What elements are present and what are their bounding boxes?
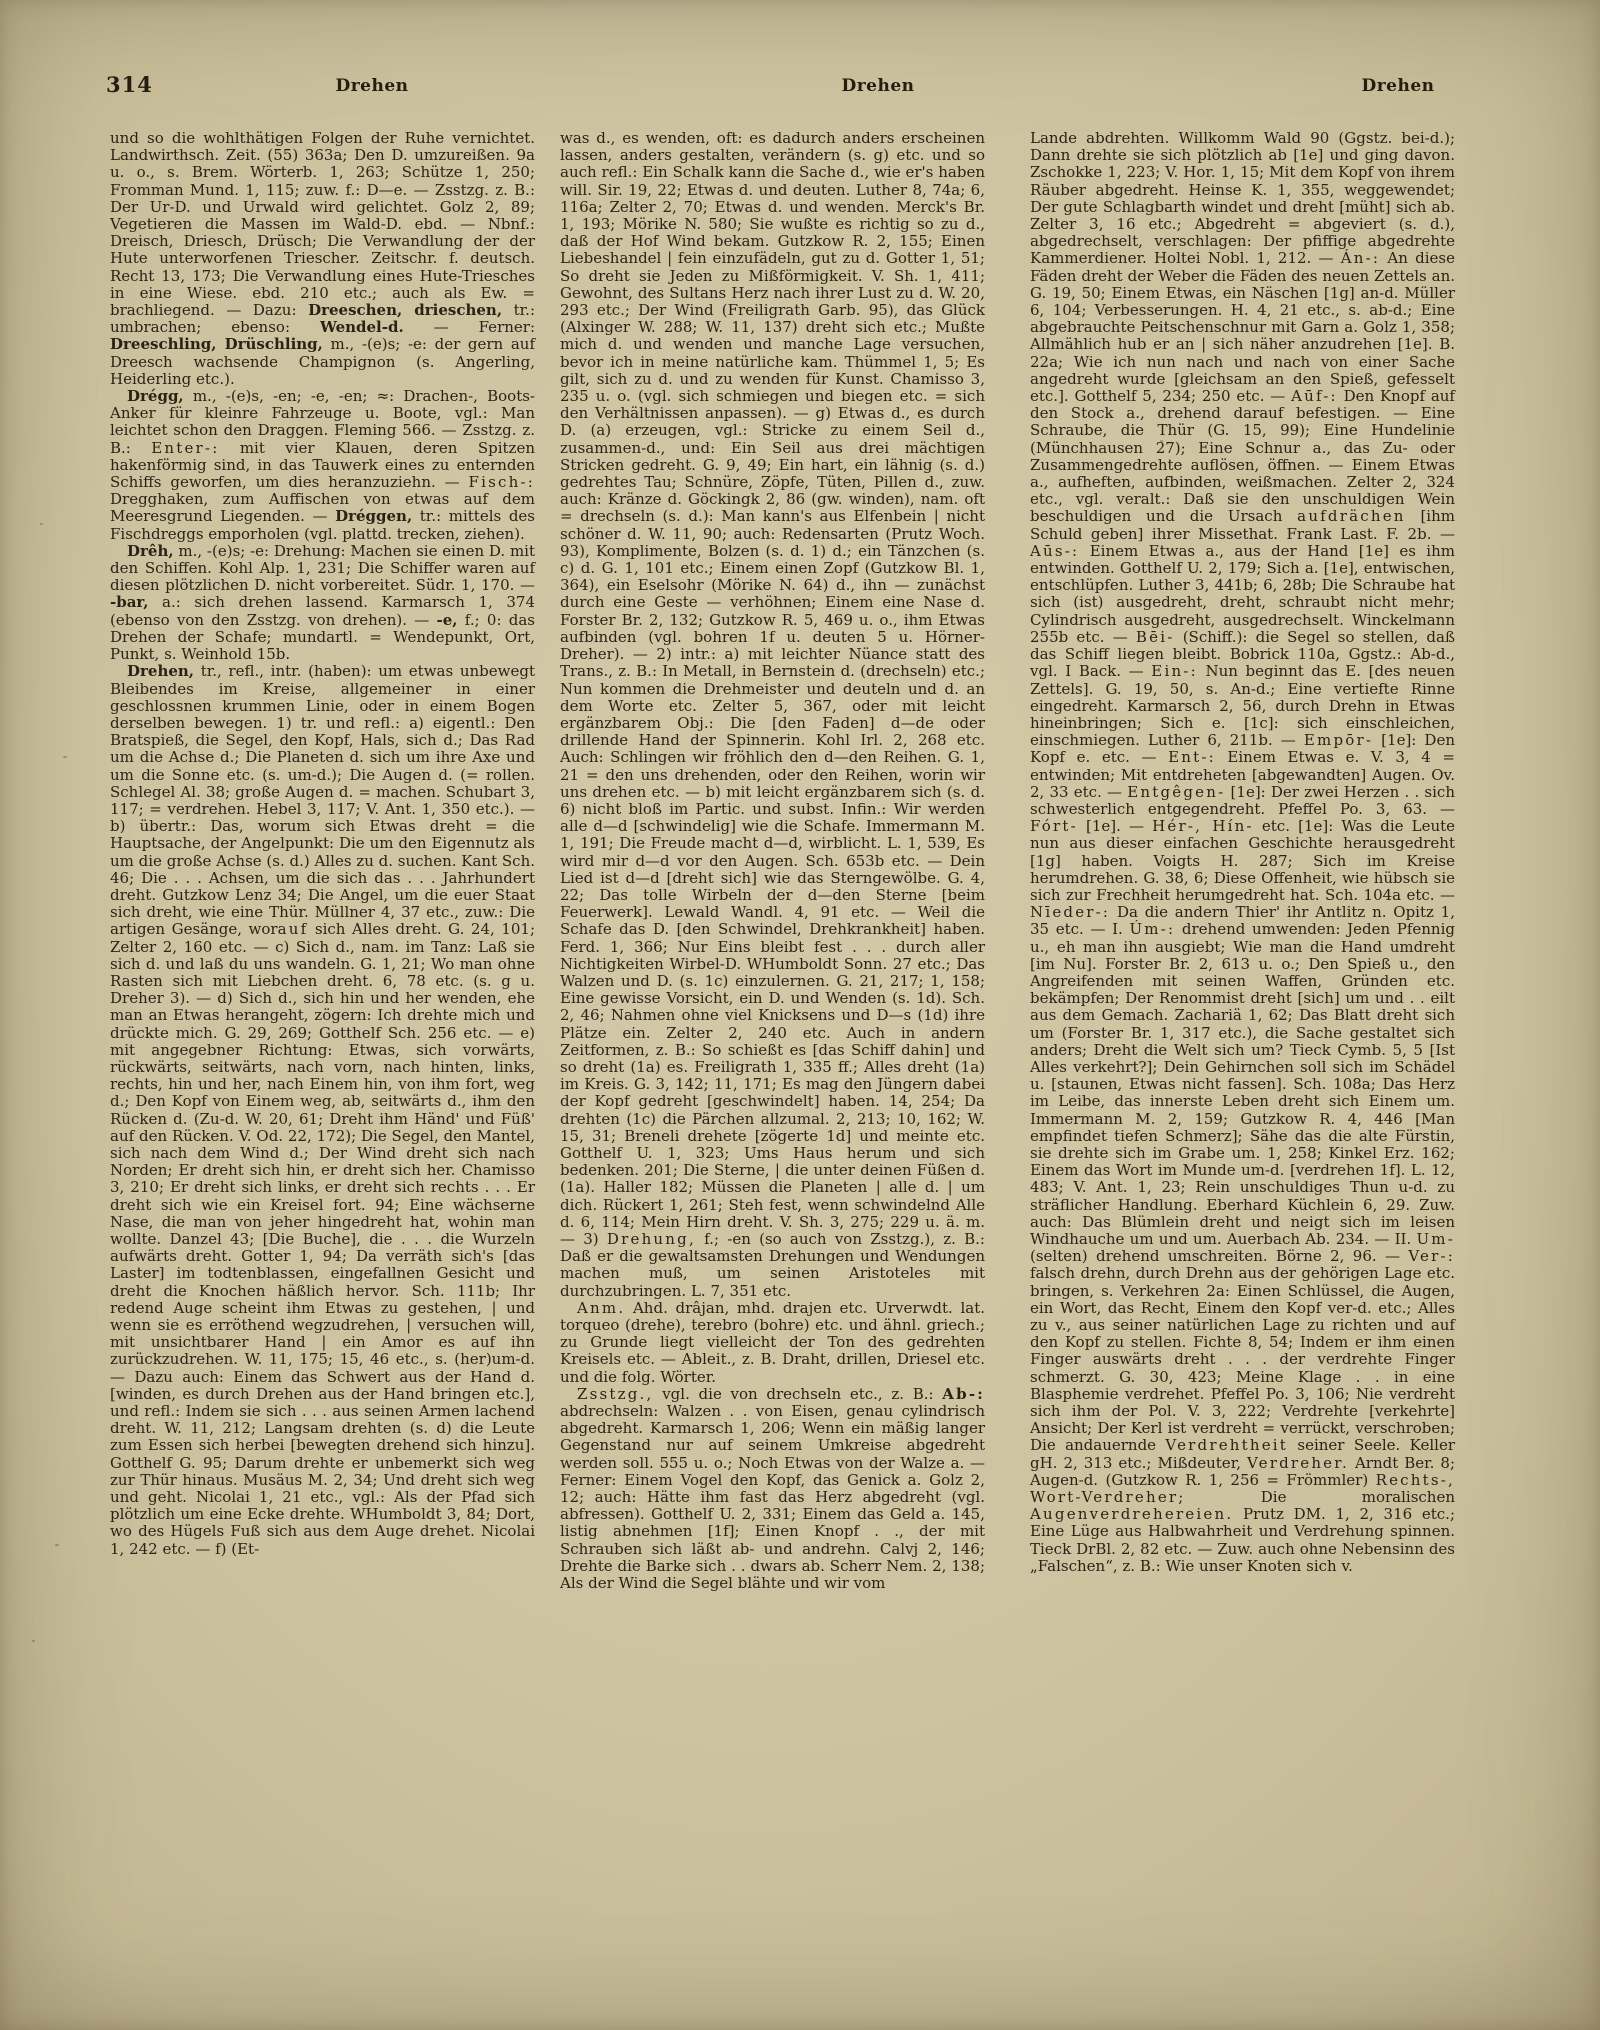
headword-text: Zsstzg.,: [577, 1385, 654, 1403]
column-1: und so die wohlthätigen Folgen der Ruhe …: [110, 130, 535, 1558]
headword-text: aufdrächen: [1297, 507, 1405, 525]
body-text: und so die wohlthätigen Folgen der Ruhe …: [110, 129, 535, 319]
paper-speck: [55, 1544, 59, 1546]
headword-text: Augenverdrehereien.: [1030, 1505, 1233, 1523]
headword-text: Ver-:: [1408, 1247, 1455, 1265]
headword-text: Enter-:: [151, 439, 219, 457]
headword-text: Aūs-:: [1030, 542, 1079, 560]
headword-text: Dreeschen, drieschen,: [308, 301, 502, 319]
dictionary-paragraph: Drégg, m., -(e)s, -en; -e, -en; ≈: Drach…: [110, 388, 535, 543]
headword-text: Nīeder-:: [1030, 903, 1110, 921]
headword-text: Úm-:: [1129, 920, 1175, 938]
body-text: [1e]. —: [1078, 817, 1152, 835]
paper-speck: [40, 523, 43, 525]
body-text: An diese Fäden dreht der Weber die Fäden…: [1030, 249, 1455, 405]
headword-text: Án-:: [1341, 249, 1380, 267]
column-2: was d., es wenden, oft: es dadurch ander…: [560, 130, 985, 1592]
headword-text: Um-: [1416, 1230, 1455, 1248]
headword-text: Aūf-:: [1291, 387, 1338, 405]
body-text: m., -(e)s; -e: Drehung: Machen sie einen…: [110, 542, 535, 594]
dictionary-paragraph: Zsstzg., vgl. die von drechseln etc., z.…: [560, 1386, 985, 1592]
body-text: (selten) drehend umschreiten. Börne 2, 9…: [1030, 1247, 1408, 1265]
page-number: 314: [106, 72, 153, 97]
body-text: Lande abdrehten. Willkomm Wald 90 (Ggstz…: [1030, 129, 1455, 267]
dictionary-paragraph: was d., es wenden, oft: es dadurch ander…: [560, 130, 985, 1300]
headword-text: auf: [278, 920, 309, 938]
headword-text: Anm.: [577, 1299, 625, 1317]
headword-text: Verdrehtheit: [1165, 1436, 1288, 1454]
headword-text: Ein-:: [1151, 662, 1198, 680]
headword-text: Verdreher.: [1247, 1454, 1349, 1472]
headword-text: Drehung,: [607, 1230, 696, 1248]
paper-speck: [32, 1640, 35, 1642]
body-text: Den Knopf auf den Stock a., drehend dara…: [1030, 387, 1455, 525]
body-text: falsch drehn, durch Drehn aus der gehöri…: [1030, 1264, 1455, 1454]
dictionary-paragraph: Drehen, tr., refl., intr. (haben): um et…: [110, 663, 535, 1558]
headword-text: Fórt-: [1030, 817, 1078, 835]
headword-text: -e,: [437, 611, 458, 629]
dictionary-paragraph: Anm. Ahd. drâjan, mhd. drajen etc. Urver…: [560, 1300, 985, 1386]
headword-text: Fisch-:: [469, 473, 536, 491]
headword-text: Wendel-d.: [320, 318, 404, 336]
headword-text: -bar,: [110, 593, 148, 611]
headword-text: Dreeschling, Drüschling,: [110, 335, 323, 353]
dictionary-page: 314 Drehen Drehen Drehen und so die wohl…: [0, 0, 1600, 2030]
body-text: — Ferner:: [404, 318, 535, 336]
body-text: abdrechseln: Walzen . . von Eisen, genau…: [560, 1402, 985, 1592]
headword-text: Drégg,: [127, 387, 184, 405]
running-head-col1: Drehen: [312, 76, 432, 96]
body-text: Die moralischen: [1186, 1488, 1455, 1506]
body-text: tr., refl., intr. (haben): um etwas unbe…: [110, 662, 535, 938]
column-3: Lande abdrehten. Willkomm Wald 90 (Ggstz…: [1030, 130, 1455, 1575]
body-text: vgl. die von drechseln etc., z. B.:: [654, 1385, 943, 1403]
headword-text: Drêh,: [127, 542, 174, 560]
body-text: sich Alles dreht. G. 24, 101; Zelter 2, …: [110, 920, 535, 1557]
headword-text: Entgêgen-: [1127, 783, 1225, 801]
headword-text: Bēi-: [1136, 628, 1175, 646]
body-text: drehend umwenden: Jeden Pfennig u., eh m…: [1030, 920, 1455, 1248]
paper-speck: [63, 756, 67, 758]
headword-text: Ab-:: [942, 1385, 985, 1403]
headword-text: Drehen,: [127, 662, 194, 680]
body-text: was d., es wenden, oft: es dadurch ander…: [560, 129, 985, 1248]
dictionary-paragraph: Lande abdrehten. Willkomm Wald 90 (Ggstz…: [1030, 130, 1455, 1575]
paper-speck: [1160, 440, 1163, 443]
dictionary-paragraph: und so die wohlthätigen Folgen der Ruhe …: [110, 130, 535, 388]
running-head-col2: Drehen: [818, 76, 938, 96]
headword-text: Dréggen,: [335, 507, 412, 525]
headword-text: Ent-:: [1168, 748, 1216, 766]
headword-text: Hér-, Hín-: [1152, 817, 1254, 835]
text-columns: und so die wohlthätigen Folgen der Ruhe …: [110, 130, 1455, 1592]
headword-text: Empōr-: [1304, 731, 1373, 749]
dictionary-paragraph: Drêh, m., -(e)s; -e: Drehung: Machen sie…: [110, 543, 535, 663]
running-head-col3: Drehen: [1338, 76, 1458, 96]
